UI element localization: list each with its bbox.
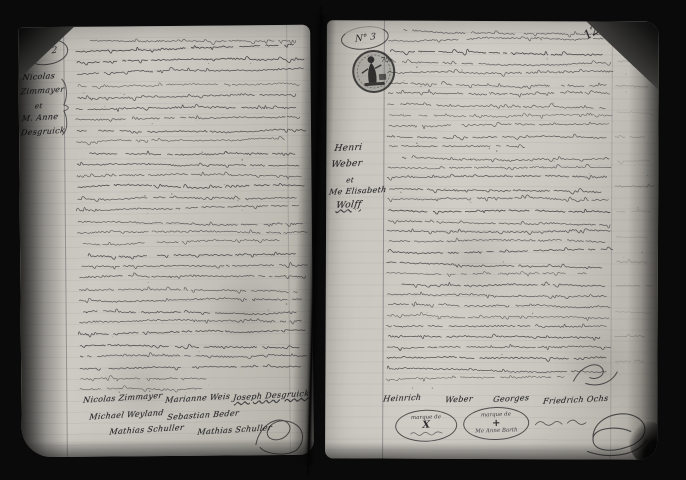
margin-name: Zimmayer (20, 86, 65, 97)
margin-name: et (346, 177, 355, 184)
margin-name: Wolff (335, 201, 361, 211)
paper-stain (81, 356, 202, 417)
mark-name: Me Anne Barth (475, 428, 518, 435)
margin-name: et (34, 103, 42, 110)
signature: Mathias Schuller (109, 424, 185, 437)
paper-stain (200, 275, 291, 346)
right-page: N° 3 75 128 Henri Weber et Me Elisabeth … (325, 20, 659, 459)
margin-name: Henri (334, 144, 363, 154)
signature: Michael Weyland (89, 409, 164, 422)
margin-name: Me Elisabeth (328, 186, 387, 197)
record-number: N° 2 (36, 46, 57, 59)
witness-mark-oval: marque de + Me Anne Barth (463, 406, 530, 441)
scanned-register-photo: N° 2 Nicolas Zimmayer et M. Anne Desgrui… (0, 0, 686, 480)
signature: Mathias Schuller (197, 424, 273, 437)
page-bottom-shadow (325, 442, 657, 459)
signature: Heinrich (383, 394, 422, 404)
cross-mark-icon: X (422, 421, 430, 431)
record-number: N° 3 (354, 32, 375, 45)
signature: Sebastian Beder (167, 410, 240, 422)
signature: Georges (493, 394, 530, 404)
margin-name: Weber (331, 160, 363, 170)
signature: Nicolas Zimmayer (83, 392, 163, 405)
folio-number: 128 (581, 20, 608, 42)
margin-name: Nicolas (22, 72, 56, 82)
corner-fold-shadow (629, 422, 659, 460)
margin-name: M. Anne (21, 113, 58, 123)
curled-corner (548, 21, 658, 131)
revenue-stamp-icon: 75 (349, 47, 398, 96)
signature-flourish (251, 411, 311, 458)
paper-stain (416, 221, 526, 301)
signature: Marianne Weis (165, 393, 231, 405)
witness-mark-oval: marque de X (395, 409, 458, 443)
signature: Friedrich Ochs (543, 395, 609, 406)
right-rule-right-page (610, 22, 613, 460)
stamp-value: 75 (381, 55, 390, 64)
paraph-flourish (571, 359, 619, 387)
left-page: N° 2 Nicolas Zimmayer et M. Anne Desgrui… (18, 25, 314, 458)
margin-name: Desgruick (20, 127, 65, 138)
signature: Joseph Desgruick (233, 390, 310, 403)
page-bottom-shadow (22, 439, 314, 458)
page-edge-shadow (627, 22, 659, 460)
signature: Weber (445, 395, 474, 404)
illegible-name-scribble (409, 430, 443, 436)
signature-flourish (533, 403, 651, 460)
